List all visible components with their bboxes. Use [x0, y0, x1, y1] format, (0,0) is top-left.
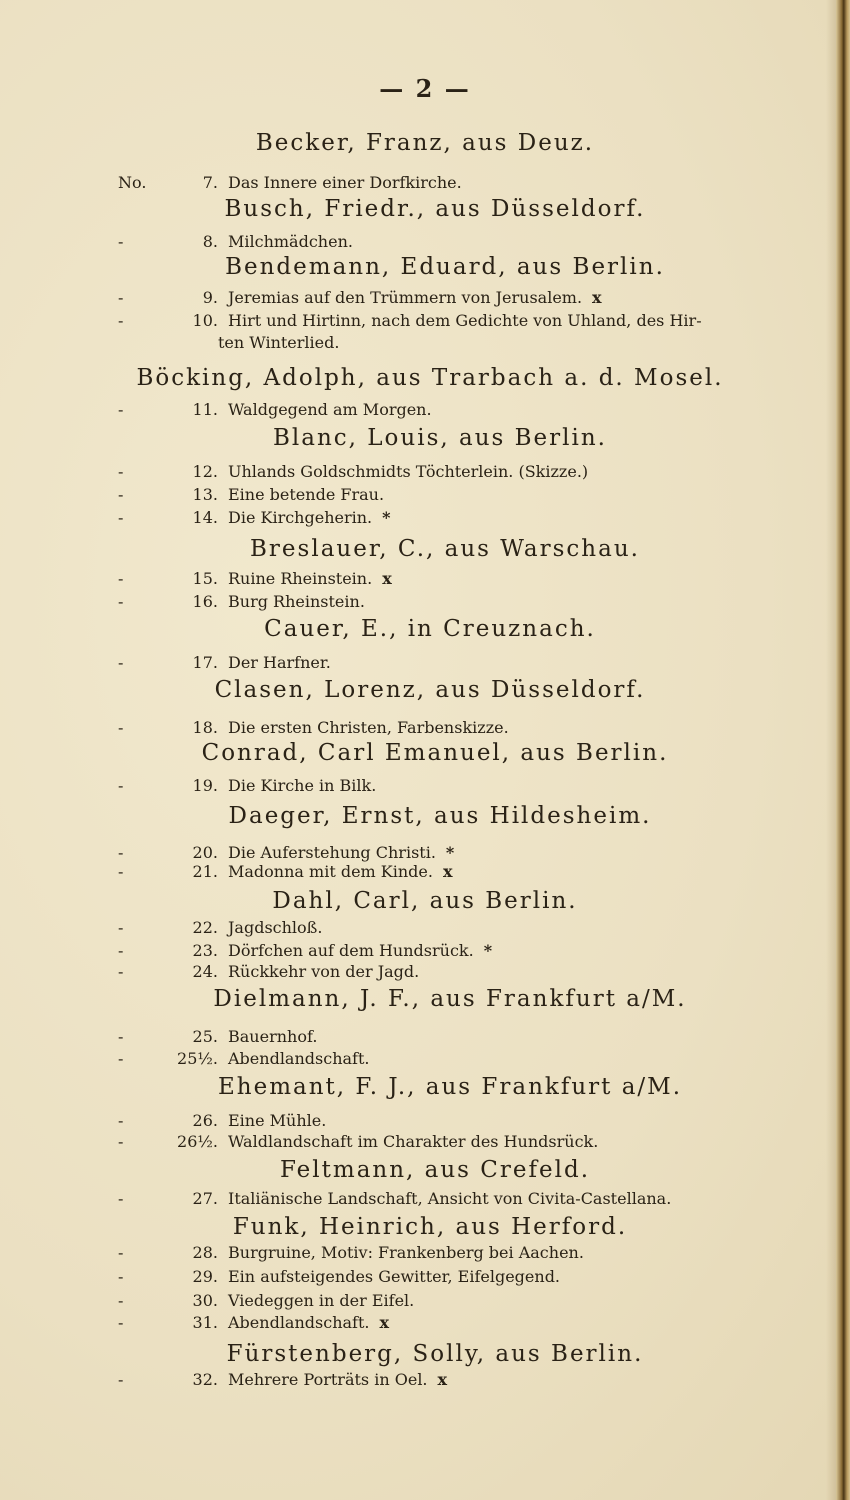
artist-heading: Blanc, Louis, aus Berlin. [0, 425, 850, 451]
entry-number: 19. [158, 776, 228, 796]
catalogue-entry: -23.Dörfchen auf dem Hundsrück.* [118, 941, 818, 961]
catalogue-entry: -32.Mehrere Porträts in Oel.x [118, 1370, 818, 1390]
artist-heading: Clasen, Lorenz, aus Düsseldorf. [0, 677, 850, 703]
entry-prefix: - [118, 569, 158, 589]
entry-title: Jagdschloß. [228, 918, 322, 938]
entry-prefix: - [118, 918, 158, 938]
entry-prefix: - [118, 718, 158, 738]
entry-prefix: - [118, 508, 158, 528]
entry-title: Die Auferstehung Christi. [228, 843, 436, 863]
entry-mark: x [592, 288, 602, 307]
catalogue-entry: -16.Burg Rheinstein. [118, 592, 818, 612]
entry-mark: * [382, 508, 390, 527]
catalogue-entry: -31.Abendlandschaft.x [118, 1313, 818, 1333]
entry-title: Rückkehr von der Jagd. [228, 962, 419, 982]
entry-title: Die Kirchgeherin. [228, 508, 372, 528]
entry-number: 26½. [158, 1132, 228, 1152]
entry-prefix: - [118, 400, 158, 420]
entry-number: 27. [158, 1189, 228, 1209]
entry-title: Jeremias auf den Trümmern von Jerusalem. [228, 288, 582, 308]
artist-heading: Funk, Heinrich, aus Herford. [0, 1214, 850, 1240]
entry-prefix: - [118, 941, 158, 961]
entry-number: 9. [158, 288, 228, 308]
artist-heading: Feltmann, aus Crefeld. [0, 1157, 850, 1183]
catalogue-entry: -25½.Abendlandschaft. [118, 1049, 818, 1069]
catalogue-entry: -25.Bauernhof. [118, 1027, 818, 1047]
entry-prefix: - [118, 1111, 158, 1131]
catalogue-entry: -20.Die Auferstehung Christi.* [118, 843, 818, 863]
entry-number: 7. [158, 173, 228, 193]
entry-title: Milchmädchen. [228, 232, 353, 252]
catalogue-entry: -26½.Waldlandschaft im Charakter des Hun… [118, 1132, 818, 1152]
entry-number: 25½. [158, 1049, 228, 1069]
catalogue-entry: -30.Viedeggen in der Eifel. [118, 1291, 818, 1311]
entry-title: Das Innere einer Dorfkirche. [228, 173, 462, 193]
entry-prefix: No. [118, 173, 158, 193]
entry-title: Hirt und Hirtinn, nach dem Gedichte von … [228, 311, 702, 331]
entry-prefix: - [118, 1291, 158, 1311]
artist-heading: Ehemant, F. J., aus Frankfurt a/M. [0, 1074, 850, 1100]
entry-prefix: - [118, 1313, 158, 1333]
entry-prefix: - [118, 1132, 158, 1152]
entry-title: Eine betende Frau. [228, 485, 384, 505]
entry-title: Abendlandschaft. [228, 1049, 369, 1069]
artist-heading: Busch, Friedr., aus Düsseldorf. [0, 196, 850, 222]
page-number: — 2 — [0, 74, 850, 103]
entry-prefix: - [118, 962, 158, 982]
entry-title: Waldlandschaft im Charakter des Hundsrüc… [228, 1132, 598, 1152]
entry-number: 21. [158, 862, 228, 882]
entry-number: 11. [158, 400, 228, 420]
entry-number: 20. [158, 843, 228, 863]
entry-prefix: - [118, 862, 158, 882]
artist-heading: Cauer, E., in Creuznach. [0, 616, 850, 642]
entry-title: Burg Rheinstein. [228, 592, 365, 612]
catalogue-entry: -13.Eine betende Frau. [118, 485, 818, 505]
catalogue-entry: -19.Die Kirche in Bilk. [118, 776, 818, 796]
entry-number: 16. [158, 592, 228, 612]
catalogue-entry: -9.Jeremias auf den Trümmern von Jerusal… [118, 288, 818, 308]
catalogue-entry: -17.Der Harfner. [118, 653, 818, 673]
entry-prefix: - [118, 1370, 158, 1390]
catalogue-entry: -14.Die Kirchgeherin.* [118, 508, 818, 528]
entry-number: 28. [158, 1243, 228, 1263]
entry-number: 32. [158, 1370, 228, 1390]
entry-prefix: - [118, 311, 158, 331]
entry-number: 22. [158, 918, 228, 938]
entry-prefix: - [118, 1267, 158, 1287]
entry-number: 8. [158, 232, 228, 252]
catalogue-entry: -10.Hirt und Hirtinn, nach dem Gedichte … [118, 311, 818, 331]
catalogue-entry: -29.Ein aufsteigendes Gewitter, Eifelgeg… [118, 1267, 818, 1287]
catalogue-entry: -21.Madonna mit dem Kinde.x [118, 862, 818, 882]
artist-heading: Daeger, Ernst, aus Hildesheim. [0, 803, 850, 829]
entry-title: Viedeggen in der Eifel. [228, 1291, 414, 1311]
artist-heading: Dielmann, J. F., aus Frankfurt a/M. [0, 986, 850, 1012]
catalogue-entry: -26.Eine Mühle. [118, 1111, 818, 1131]
entry-number: 18. [158, 718, 228, 738]
catalogue-entry: No.7.Das Innere einer Dorfkirche. [118, 173, 818, 193]
entry-prefix: - [118, 232, 158, 252]
entry-title: Mehrere Porträts in Oel. [228, 1370, 428, 1390]
artist-heading: Conrad, Carl Emanuel, aus Berlin. [0, 740, 850, 766]
entry-title: Die Kirche in Bilk. [228, 776, 376, 796]
entry-prefix: - [118, 485, 158, 505]
entry-prefix: - [118, 288, 158, 308]
book-page: — 2 — Becker, Franz, aus Deuz. No.7.Das … [0, 0, 850, 1500]
artist-heading: Becker, Franz, aus Deuz. [0, 130, 850, 156]
entry-continuation: ten Winterlied. [218, 333, 339, 353]
entry-number: 24. [158, 962, 228, 982]
entry-title: Der Harfner. [228, 653, 331, 673]
artist-heading: Breslauer, C., aus Warschau. [0, 536, 850, 562]
entry-prefix: - [118, 776, 158, 796]
entry-prefix: - [118, 653, 158, 673]
catalogue-entry: -12.Uhlands Goldschmidts Töchterlein. (S… [118, 462, 818, 482]
entry-title: Ruine Rheinstein. [228, 569, 372, 589]
catalogue-entry: -8.Milchmädchen. [118, 232, 818, 252]
entry-number: 31. [158, 1313, 228, 1333]
entry-number: 26. [158, 1111, 228, 1131]
entry-title: Italiänische Landschaft, Ansicht von Civ… [228, 1189, 671, 1209]
entry-title: Bauernhof. [228, 1027, 317, 1047]
entry-title: Madonna mit dem Kinde. [228, 862, 433, 882]
entry-number: 17. [158, 653, 228, 673]
artist-heading: Fürstenberg, Solly, aus Berlin. [0, 1341, 850, 1367]
catalogue-entry: -15.Ruine Rheinstein.x [118, 569, 818, 589]
entry-title: Eine Mühle. [228, 1111, 326, 1131]
entry-mark: x [438, 1370, 448, 1389]
catalogue-entry: -18.Die ersten Christen, Farbenskizze. [118, 718, 818, 738]
entry-number: 10. [158, 311, 228, 331]
entry-number: 14. [158, 508, 228, 528]
entry-title: Waldgegend am Morgen. [228, 400, 432, 420]
entry-number: 13. [158, 485, 228, 505]
entry-mark: x [382, 569, 392, 588]
artist-heading: Böcking, Adolph, aus Trarbach a. d. Mose… [0, 365, 850, 391]
entry-prefix: - [118, 462, 158, 482]
entry-prefix: - [118, 1049, 158, 1069]
entry-number: 23. [158, 941, 228, 961]
entry-mark: x [443, 862, 453, 881]
entry-prefix: - [118, 1027, 158, 1047]
entry-title: Die ersten Christen, Farbenskizze. [228, 718, 509, 738]
catalogue-entry: -22.Jagdschloß. [118, 918, 818, 938]
entry-title: Burgruine, Motiv: Frankenberg bei Aachen… [228, 1243, 584, 1263]
entry-number: 29. [158, 1267, 228, 1287]
entry-number: 12. [158, 462, 228, 482]
entry-mark: * [446, 843, 454, 862]
entry-prefix: - [118, 592, 158, 612]
catalogue-entry: -27.Italiänische Landschaft, Ansicht von… [118, 1189, 818, 1209]
catalogue-entry: -11.Waldgegend am Morgen. [118, 400, 818, 420]
entry-title: Uhlands Goldschmidts Töchterlein. (Skizz… [228, 462, 588, 482]
artist-heading: Bendemann, Eduard, aus Berlin. [0, 254, 850, 280]
entry-number: 15. [158, 569, 228, 589]
entry-mark: * [484, 941, 492, 960]
entry-number: 25. [158, 1027, 228, 1047]
entry-number: 30. [158, 1291, 228, 1311]
catalogue-entry: -24.Rückkehr von der Jagd. [118, 962, 818, 982]
entry-title: Ein aufsteigendes Gewitter, Eifelgegend. [228, 1267, 560, 1287]
entry-prefix: - [118, 1189, 158, 1209]
artist-heading: Dahl, Carl, aus Berlin. [0, 888, 850, 914]
entry-mark: x [379, 1313, 389, 1332]
entry-title: Dörfchen auf dem Hundsrück. [228, 941, 474, 961]
entry-prefix: - [118, 1243, 158, 1263]
catalogue-entry: -28.Burgruine, Motiv: Frankenberg bei Aa… [118, 1243, 818, 1263]
entry-prefix: - [118, 843, 158, 863]
entry-title: Abendlandschaft. [228, 1313, 369, 1333]
